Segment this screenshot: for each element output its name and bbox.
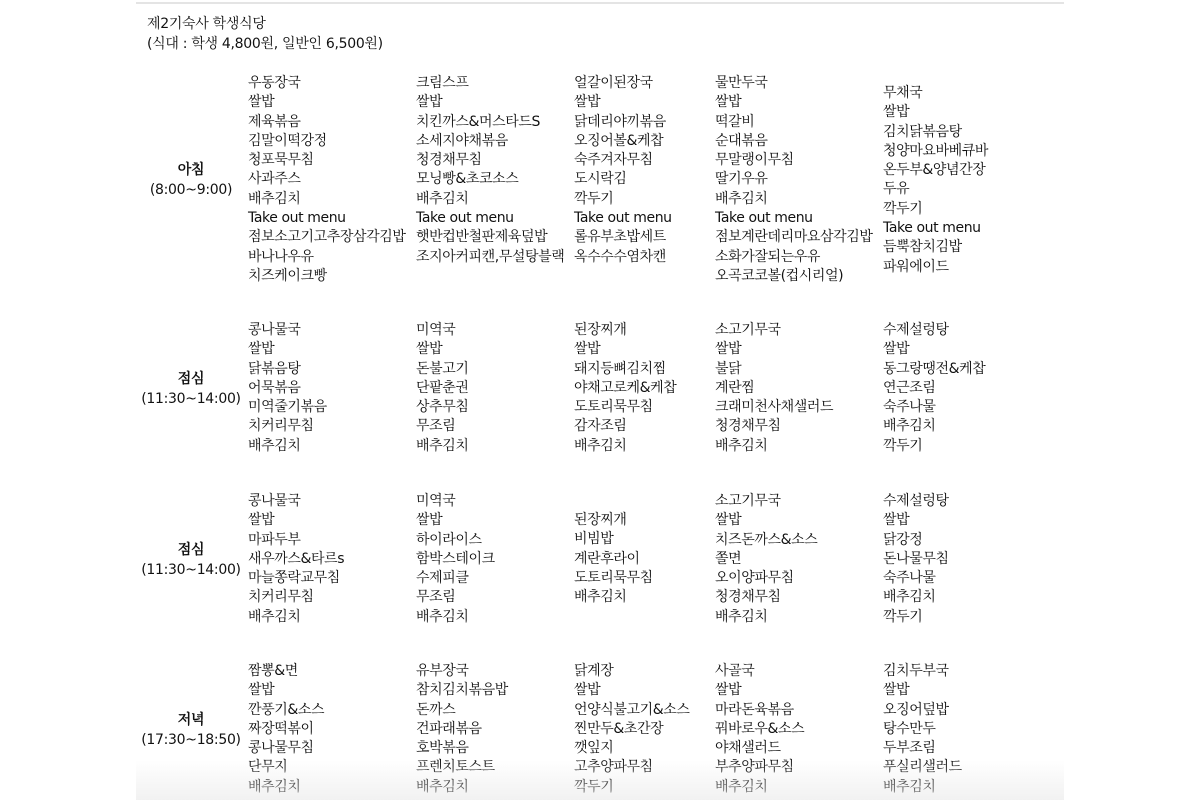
price-info: (식대 : 학생 4,800원, 일반인 6,500원) [147,35,383,55]
menu-item: 청경채무침 [416,151,564,170]
menu-item: Take out menu [574,209,672,228]
menu-item: 배추김치 [715,437,833,456]
menu-item: 순대볶음 [715,132,873,151]
menu-item: 언양식불고기&소스 [574,701,690,720]
menu-item: 숙주나물 [883,569,949,588]
menu-item: Take out menu [715,209,873,228]
menu-item: 하이라이스 [416,531,495,550]
menu-item: 김치두부국 [883,662,962,681]
menu-item: 계란후라이 [574,550,653,569]
menu-item: 도토리묵무침 [574,398,676,417]
menu-item: 배추김치 [715,190,873,209]
menu-item: 딸기우유 [715,170,873,189]
menu-item: 고추양파무침 [574,758,690,777]
menu-item: 배추김치 [416,608,495,627]
menu-item: 치커리무침 [248,417,327,436]
meal-time: (17:30~18:50) [140,730,242,750]
menu-column: 우동장국쌀밥제육볶음김말이떡강정청포묵무침사과주스배추김치Take out me… [248,74,406,286]
menu-item: 온두부&양념간장 [883,161,988,180]
menu-item: 쫄면 [715,550,817,569]
menu-item: 돈불고기 [416,360,469,379]
menu-item: Take out menu [248,209,406,228]
menu-item: 계란찜 [715,379,833,398]
menu-item: 배추김치 [248,190,406,209]
menu-item: 소세지야채볶음 [416,132,564,151]
menu-item: 소화가잘되는우유 [715,248,873,267]
menu-item: 쌀밥 [715,511,817,530]
menu-item: 쌀밥 [715,681,804,700]
menu-item: 건파래볶음 [416,720,508,739]
menu-item: 치킨까스&머스타드S [416,113,564,132]
menu-item: 숙주겨자무침 [574,151,672,170]
menu-item: 치커리무침 [248,588,344,607]
menu-item: 상추무침 [416,398,469,417]
menu-item: Take out menu [416,209,564,228]
menu-item: 수제피클 [416,569,495,588]
menu-item: 배추김치 [248,608,344,627]
menu-item: 물만두국 [715,74,873,93]
menu-item: 꿔바로우&소스 [715,720,804,739]
menu-item: 불닭 [715,360,833,379]
meal-name: 아침 [140,160,242,180]
menu-column: 크림스프쌀밥치킨까스&머스타드S소세지야채볶음청경채무침모닝빵&초코소스배추김치… [416,74,564,267]
menu-column: 미역국쌀밥하이라이스함박스테이크수제피클무조림배추김치 [416,492,495,627]
menu-item: 프렌치토스트 [416,758,508,777]
menu-item: 마늘쫑락교무침 [248,569,344,588]
menu-column: 콩나물국쌀밥닭볶음탕어묵볶음미역줄기볶음치커리무침배추김치 [248,321,327,456]
menu-item: 짬뽕&면 [248,662,324,681]
menu-item: 배추김치 [715,608,817,627]
menu-item: 쌀밥 [574,93,672,112]
menu-item: 쌀밥 [416,93,564,112]
menu-item: 닭계장 [574,662,690,681]
menu-item: 야채샐러드 [715,739,804,758]
menu-item: 쌀밥 [416,511,495,530]
menu-item: 배추김치 [883,588,949,607]
menu-item: 된장찌개 [574,321,676,340]
menu-item: 쌀밥 [248,681,324,700]
menu-item: 모닝빵&초코소스 [416,170,564,189]
menu-item: 김말이떡강정 [248,132,406,151]
menu-item: 무조림 [416,417,469,436]
menu-item: 청경채무침 [715,417,833,436]
menu-item: 된장찌개 [574,511,653,530]
menu-item: 떡갈비 [715,113,873,132]
menu-item: 듬뿍참치김밥 [883,238,988,257]
menu-item: 마파두부 [248,531,344,550]
menu-item: 닭강정 [883,531,949,550]
menu-item: Take out menu [883,219,988,238]
menu-item: 수제설렁탕 [883,321,985,340]
meal-name: 점심 [140,540,242,560]
meal-label: 점심 (11:30~14:00) [140,540,242,580]
menu-item: 배추김치 [416,190,564,209]
menu-item: 치즈돈까스&소스 [715,531,817,550]
menu-column: 물만두국쌀밥떡갈비순대볶음무말랭이무침딸기우유배추김치Take out menu… [715,74,873,286]
menu-item: 돈나물무침 [883,550,949,569]
menu-item: 두유 [883,180,988,199]
meal-name: 점심 [140,369,242,389]
meal-time: (11:30~14:00) [140,560,242,580]
menu-item: 수제설렁탕 [883,492,949,511]
menu-item: 무채국 [883,84,988,103]
menu-item: 점보소고기고추장삼각김밥 [248,228,406,247]
menu-item: 짜장떡볶이 [248,720,324,739]
menu-item: 쌀밥 [715,93,873,112]
menu-item: 배추김치 [883,417,985,436]
menu-item: 파워에이드 [883,258,988,277]
menu-item: 쌀밥 [248,340,327,359]
menu-item: 소고기무국 [715,492,817,511]
menu-item: 햇반컵반철판제육덮밥 [416,228,564,247]
menu-item: 쌀밥 [883,103,988,122]
menu-item: 미역국 [416,321,469,340]
menu-item: 사과주스 [248,170,406,189]
menu-item: 찐만두&초간장 [574,720,690,739]
menu-item: 쌀밥 [248,93,406,112]
menu-item: 무말랭이무침 [715,151,873,170]
menu-item: 깍두기 [883,437,985,456]
menu-item: 사골국 [715,662,804,681]
menu-item: 오징어덮밥 [883,701,962,720]
menu-item: 쌀밥 [574,681,690,700]
menu-item: 연근조림 [883,379,985,398]
menu-item: 닭볶음탕 [248,360,327,379]
top-divider [136,2,1064,4]
meal-label: 저녁 (17:30~18:50) [140,710,242,750]
menu-item: 콩나물국 [248,492,344,511]
menu-item: 호박볶음 [416,739,508,758]
menu-column: 소고기무국쌀밥불닭계란찜크래미천사채샐러드청경채무침배추김치 [715,321,833,456]
menu-item: 동그랑땡전&케찹 [883,360,985,379]
menu-item: 함박스테이크 [416,550,495,569]
menu-item: 돼지등뼈김치찜 [574,360,676,379]
menu-item: 참치김치볶음밥 [416,681,508,700]
menu-item: 치즈케이크빵 [248,267,406,286]
menu-item: 새우까스&타르s [248,550,344,569]
menu-item: 제육볶음 [248,113,406,132]
menu-item: 돈까스 [416,701,508,720]
menu-item: 청경채무침 [715,588,817,607]
menu-column: 된장찌개비빔밥계란후라이도토리묵무침배추김치 [574,511,653,607]
menu-item: 깍두기 [883,608,949,627]
menu-item: 쌀밥 [248,511,344,530]
menu-item: 어묵볶음 [248,379,327,398]
menu-item: 도토리묵무침 [574,569,653,588]
menu-column: 수제설렁탕쌀밥동그랑땡전&케찹연근조림숙주나물배추김치깍두기 [883,321,985,456]
menu-column: 유부장국참치김치볶음밥돈까스건파래볶음호박볶음프렌치토스트배추김치 [416,662,508,797]
menu-item: 배추김치 [883,778,962,797]
menu-item: 쌀밥 [715,340,833,359]
menu-item: 깍두기 [574,778,690,797]
menu-item: 숙주나물 [883,398,985,417]
meal-time: (8:00~9:00) [140,180,242,200]
page-title: 제2기숙사 학생식당 [147,15,383,35]
menu-item: 배추김치 [248,437,327,456]
menu-item: 소고기무국 [715,321,833,340]
menu-item: 우동장국 [248,74,406,93]
menu-item: 비빔밥 [574,530,653,549]
menu-column: 된장찌개쌀밥돼지등뼈김치찜야채고로케&케찹도토리묵무침감자조림배추김치 [574,321,676,456]
menu-item: 미역줄기볶음 [248,398,327,417]
menu-item: 바나나우유 [248,248,406,267]
menu-item: 콩나물무침 [248,739,324,758]
menu-item: 크림스프 [416,74,564,93]
menu-item: 무조림 [416,588,495,607]
menu-item: 마라돈육볶음 [715,701,804,720]
menu-item: 단팥춘권 [416,379,469,398]
menu-item: 오징어볼&케찹 [574,132,672,151]
menu-item: 점보계란데리마요삼각김밥 [715,228,873,247]
menu-item: 단무지 [248,758,324,777]
menu-item: 쌀밥 [883,681,962,700]
menu-column: 소고기무국쌀밥치즈돈까스&소스쫄면오이양파무침청경채무침배추김치 [715,492,817,627]
menu-item: 롤유부초밥세트 [574,228,672,247]
menu-item: 조지아커피캔,무설탕블랙 [416,248,564,267]
menu-column: 무채국쌀밥김치닭볶음탕청양마요바베큐바온두부&양념간장두유깍두기Take out… [883,84,988,277]
menu-item: 크래미천사채샐러드 [715,398,833,417]
menu-item: 오곡코코볼(컵시리얼) [715,267,873,286]
menu-item: 얼갈이된장국 [574,74,672,93]
menu-item: 쌀밥 [883,340,985,359]
meal-label: 점심 (11:30~14:00) [140,369,242,409]
menu-item: 청양마요바베큐바 [883,142,988,161]
menu-column: 사골국쌀밥마라돈육볶음꿔바로우&소스야채샐러드부추양파무침배추김치 [715,662,804,797]
menu-item: 탕수만두 [883,720,962,739]
menu-item: 청포묵무침 [248,151,406,170]
menu-item: 미역국 [416,492,495,511]
menu-item: 도시락김 [574,170,672,189]
menu-column: 닭계장쌀밥언양식불고기&소스찐만두&초간장깻잎지고추양파무침깍두기 [574,662,690,797]
menu-item: 깍두기 [883,200,988,219]
menu-item: 감자조림 [574,417,676,436]
page-header: 제2기숙사 학생식당 (식대 : 학생 4,800원, 일반인 6,500원) [147,15,383,54]
menu-item: 배추김치 [416,778,508,797]
menu-item: 쌀밥 [416,340,469,359]
menu-item: 깐풍기&소스 [248,701,324,720]
menu-column: 얼갈이된장국쌀밥닭데리야끼볶음오징어볼&케찹숙주겨자무침도시락김깍두기Take … [574,74,672,267]
menu-item: 깍두기 [574,190,672,209]
menu-item: 유부장국 [416,662,508,681]
meal-time: (11:30~14:00) [140,389,242,409]
menu-item: 오이양파무침 [715,569,817,588]
meal-name: 저녁 [140,710,242,730]
menu-column: 콩나물국쌀밥마파두부새우까스&타르s마늘쫑락교무침치커리무침배추김치 [248,492,344,627]
menu-column: 김치두부국쌀밥오징어덮밥탕수만두두부조림푸실리샐러드배추김치 [883,662,962,797]
menu-item: 배추김치 [574,588,653,607]
menu-item: 푸실리샐러드 [883,758,962,777]
menu-item: 부추양파무침 [715,758,804,777]
menu-item: 배추김치 [715,778,804,797]
menu-item: 야채고로케&케찹 [574,379,676,398]
menu-item: 배추김치 [248,778,324,797]
menu-item: 배추김치 [574,437,676,456]
menu-column: 수제설렁탕쌀밥닭강정돈나물무침숙주나물배추김치깍두기 [883,492,949,627]
menu-item: 깻잎지 [574,739,690,758]
menu-item: 콩나물국 [248,321,327,340]
menu-item: 쌀밥 [883,511,949,530]
menu-item: 두부조림 [883,739,962,758]
menu-item: 쌀밥 [574,340,676,359]
menu-item: 김치닭볶음탕 [883,123,988,142]
menu-item: 옥수수수염차캔 [574,248,672,267]
menu-item: 닭데리야끼볶음 [574,113,672,132]
menu-column: 미역국쌀밥돈불고기단팥춘권상추무침무조림배추김치 [416,321,469,456]
menu-item: 배추김치 [416,437,469,456]
meal-label: 아침 (8:00~9:00) [140,160,242,200]
menu-column: 짬뽕&면쌀밥깐풍기&소스짜장떡볶이콩나물무침단무지배추김치 [248,662,324,797]
